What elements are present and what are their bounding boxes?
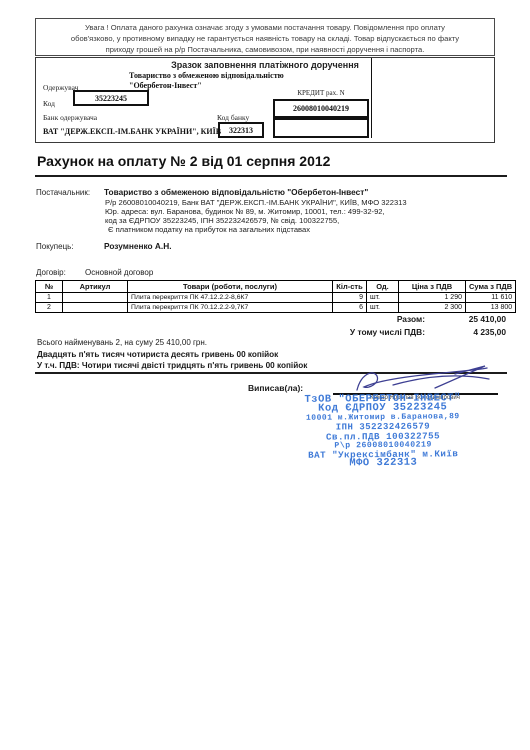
vat-in-words: У т.ч. ПДВ: Чотири тисячі двісті тридцят…	[37, 361, 307, 370]
cell-price: 1 290	[399, 293, 466, 303]
bank-code-label: Код банку	[217, 113, 249, 122]
invoice-document: Увага ! Оплата даного рахунка означає зг…	[0, 0, 530, 750]
cell-goods: Плита перекриття ПК 47.12.2.2-8,6К7	[128, 293, 333, 303]
cell-qty: 6	[333, 303, 367, 313]
cell-qty: 9	[333, 293, 367, 303]
contract-label: Договір:	[36, 268, 66, 277]
buyer-label: Покупець:	[36, 242, 74, 251]
handwritten-signature	[335, 364, 500, 394]
items-table: № Артикул Товари (роботи, послуги) Кіл-с…	[35, 280, 516, 313]
stamp-line-8: МФО 322313	[252, 458, 514, 470]
amount-in-words: Двадцять п'ять тисяч чотириста десять гр…	[37, 350, 278, 359]
col-header-unit: Од.	[367, 281, 399, 293]
issued-by-label: Виписав(ла):	[248, 383, 303, 393]
cell-article	[63, 293, 128, 303]
cell-sum: 11 610	[466, 293, 516, 303]
col-header-goods: Товари (роботи, послуги)	[128, 281, 333, 293]
cell-goods: Плита перекриття ПК 70.12.2.2-9,7К7	[128, 303, 333, 313]
receiver-code-box: 35223245	[73, 90, 149, 106]
cell-sum: 13 800	[466, 303, 516, 313]
credit-account-box-empty	[273, 118, 369, 138]
warning-line-3: приходу грошей на р/р Постачальника, сам…	[36, 45, 494, 56]
table-row: 1 Плита перекриття ПК 47.12.2.2-8,6К7 9 …	[36, 293, 516, 303]
bank-code-box: 322313	[218, 122, 264, 138]
vat-value: 4 235,00	[428, 327, 506, 337]
col-header-sum: Сума з ПДВ	[466, 281, 516, 293]
receiver-name-line2: "Обербетон-Інвест"	[129, 81, 202, 90]
cell-unit: шт.	[367, 303, 399, 313]
total-value: 25 410,00	[428, 314, 506, 324]
contract-value: Основной договор	[85, 268, 153, 277]
total-label: Разом:	[275, 314, 425, 324]
col-header-num: №	[36, 281, 63, 293]
col-header-article: Артикул	[63, 281, 128, 293]
warning-box: Увага ! Оплата даного рахунка означає зг…	[35, 18, 495, 56]
receiver-name-line1: Товариство з обмеженою відповідальністю	[129, 71, 284, 80]
credit-account-box: 26008010040219	[273, 99, 369, 118]
bank-label: Банк одержувача	[43, 113, 97, 122]
warning-line-1: Увага ! Оплата даного рахунка означає зг…	[36, 23, 494, 34]
cell-article	[63, 303, 128, 313]
supplier-detail-3: код за ЄДРПОУ 35223245, ІПН 352232426579…	[105, 216, 339, 225]
table-row: 2 Плита перекриття ПК 70.12.2.2-9,7К7 6 …	[36, 303, 516, 313]
warning-line-2: обов'язково, у противному випадку не гар…	[36, 34, 494, 45]
supplier-detail-4: Є платником податку на прибуток на загал…	[108, 225, 310, 234]
cell-unit: шт.	[367, 293, 399, 303]
supplier-detail-2: Юр. адреса: вул. Баранова, будинок № 89,…	[105, 207, 385, 216]
page-title: Рахунок на оплату № 2 від 01 серпня 2012	[37, 153, 330, 169]
cell-price: 2 300	[399, 303, 466, 313]
items-count-line: Всього найменувань 2, на суму 25 410,00 …	[37, 338, 207, 347]
col-header-qty: Кіл-сть	[333, 281, 367, 293]
credit-account-label: КРЕДИТ рах. N	[273, 89, 369, 97]
table-header-row: № Артикул Товари (роботи, послуги) Кіл-с…	[36, 281, 516, 293]
supplier-detail-1: Р/р 26008010040219, Банк ВАТ "ДЕРЖ.ЕКСП.…	[105, 198, 407, 207]
supplier-name: Товариство з обмеженою відповідальністю …	[104, 187, 368, 197]
col-header-price: Ціна з ПДВ	[399, 281, 466, 293]
bank-name: ВАТ "ДЕРЖ.ЕКСП.-ІМ.БАНК УКРАЇНИ", КИЇВ	[43, 127, 221, 136]
vat-label: У тому числі ПДВ:	[275, 327, 425, 337]
supplier-label: Постачальник:	[36, 188, 90, 197]
payment-sample-box: Зразок заповнення платіжного доручення О…	[35, 57, 495, 143]
cell-num: 1	[36, 293, 63, 303]
payment-sample-title: Зразок заповнення платіжного доручення	[36, 60, 494, 70]
divider-rule-top	[35, 175, 507, 177]
buyer-name: Розумненко А.Н.	[104, 241, 172, 251]
company-stamp: ТзОВ "ОБЕРБЕТОН-ІНВЕСТ" Код ЄДРПОУ 35223…	[252, 394, 515, 470]
vertical-divider	[371, 58, 372, 138]
code-label: Код	[43, 99, 55, 108]
cell-num: 2	[36, 303, 63, 313]
